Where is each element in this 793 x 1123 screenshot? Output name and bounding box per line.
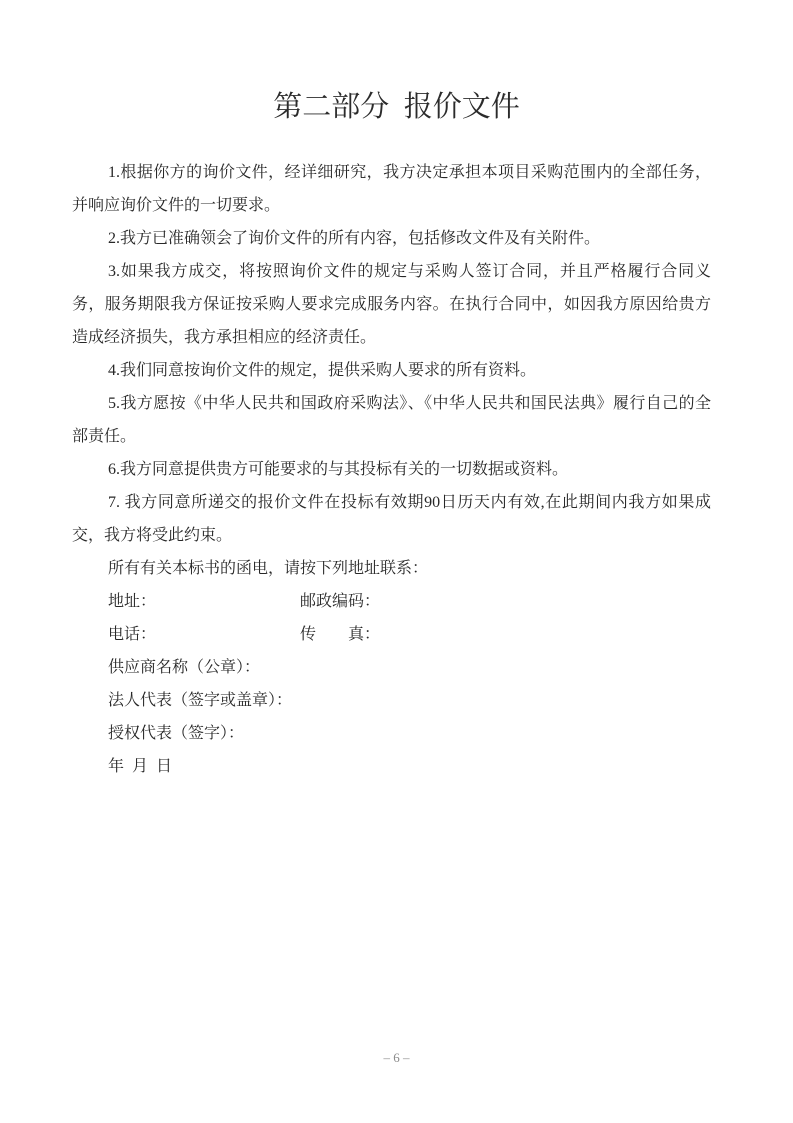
page-title: 第二部分 报价文件 (0, 0, 793, 126)
address-label: 地址： (108, 585, 300, 618)
postcode-label: 邮政编码： (300, 585, 380, 618)
phone-label: 电话： (108, 618, 300, 651)
paragraph-7: 7. 我方同意所递交的报价文件在投标有效期90日历天内有效,在此期间内我方如果成… (72, 486, 711, 552)
phone-fax-row: 电话： 传 真： (72, 618, 711, 651)
date-line: 年 月 日 (72, 750, 711, 783)
fax-label: 传 真： (300, 618, 380, 651)
paragraph-4: 4.我们同意按询价文件的规定，提供采购人要求的所有资料。 (72, 354, 711, 387)
supplier-name-label: 供应商名称（公章）： (72, 651, 711, 684)
paragraph-6: 6.我方同意提供贵方可能要求的与其投标有关的一切数据或资料。 (72, 453, 711, 486)
document-body: 1.根据你方的询价文件，经详细研究，我方决定承担本项目采购范围内的全部任务，并响… (0, 126, 793, 783)
legal-representative-label: 法人代表（签字或盖章）： (72, 684, 711, 717)
paragraph-2: 2.我方已准确领会了询价文件的所有内容，包括修改文件及有关附件。 (72, 222, 711, 255)
paragraph-5: 5.我方愿按《中华人民共和国政府采购法》、《中华人民共和国民法典》履行自己的全部… (72, 387, 711, 453)
page-number: – 6 – (0, 1050, 793, 1066)
paragraph-1: 1.根据你方的询价文件，经详细研究，我方决定承担本项目采购范围内的全部任务，并响… (72, 156, 711, 222)
address-postcode-row: 地址： 邮政编码： (72, 585, 711, 618)
paragraph-3: 3.如果我方成交，将按照询价文件的规定与采购人签订合同，并且严格履行合同义务，服… (72, 255, 711, 354)
contact-intro: 所有有关本标书的函电，请按下列地址联系： (72, 552, 711, 585)
authorized-representative-label: 授权代表（签字）： (72, 717, 711, 750)
document-page: 第二部分 报价文件 1.根据你方的询价文件，经详细研究，我方决定承担本项目采购范… (0, 0, 793, 1123)
